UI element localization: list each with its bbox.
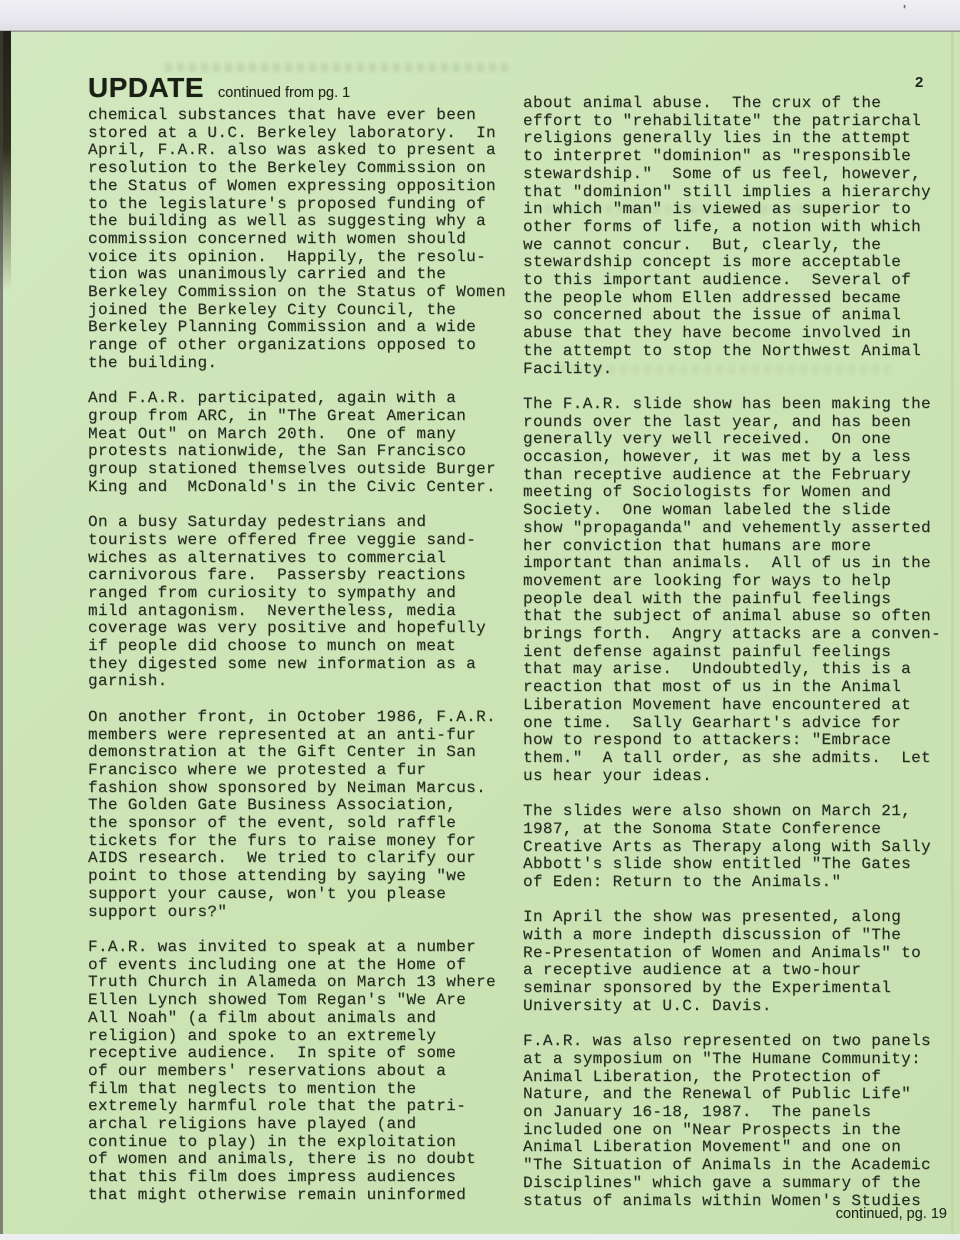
continued-on-note: continued, pg. 19 — [523, 1206, 947, 1222]
paragraph: The slides were also shown on March 21, … — [523, 803, 955, 892]
paragraph: chemical substances that have ever been … — [88, 107, 518, 373]
scan-left-edge-line — [0, 31, 3, 1234]
scan-artifact-mark: ' — [903, 2, 906, 17]
paragraph: The F.A.R. slide show has been making th… — [523, 396, 955, 785]
page-number: 2 — [915, 74, 923, 91]
paragraph: F.A.R. was invited to speak at a number … — [88, 939, 518, 1205]
scanner-background-band — [0, 0, 960, 31]
left-text-column: chemical substances that have ever been … — [88, 107, 518, 1222]
paragraph: F.A.R. was also represented on two panel… — [523, 1033, 955, 1210]
paragraph: And F.A.R. participated, again with a gr… — [88, 390, 518, 496]
article-title: UPDATE — [88, 72, 204, 104]
page-top-shadow — [0, 29, 960, 32]
paragraph: On another front, in October 1986, F.A.R… — [88, 709, 518, 921]
paragraph: about animal abuse. The crux of the effo… — [523, 95, 955, 378]
paragraph: In April the show was presented, along w… — [523, 909, 955, 1015]
article-header: UPDATE continued from pg. 1 — [88, 72, 350, 104]
continued-from-note: continued from pg. 1 — [218, 85, 350, 101]
paragraph: On a busy Saturday pedestrians and touri… — [88, 514, 518, 691]
right-text-column: about animal abuse. The crux of the effo… — [523, 95, 955, 1228]
